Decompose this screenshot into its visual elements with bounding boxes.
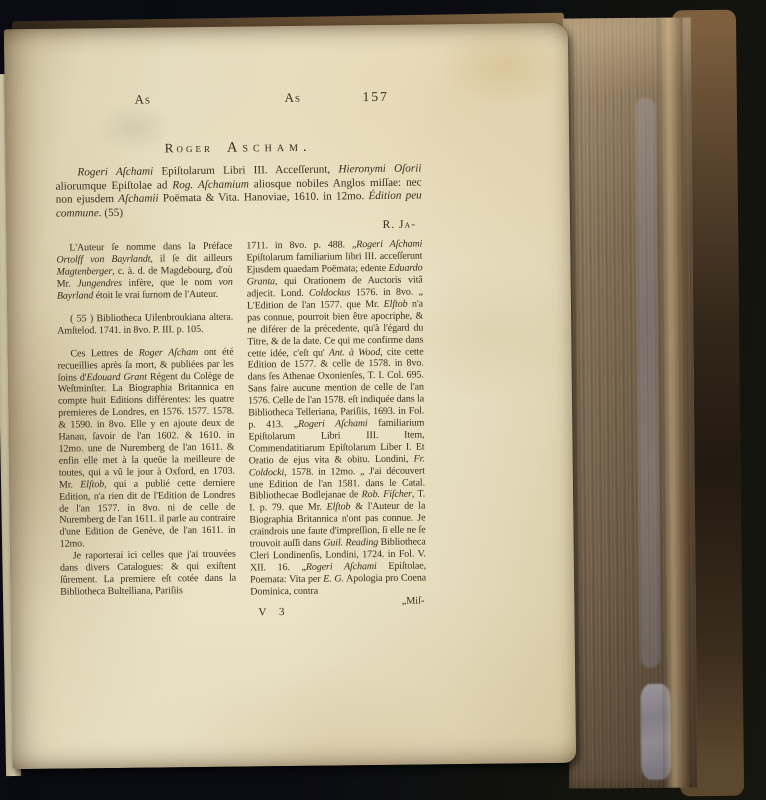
two-column-text: L'Auteur ſe nomme dans la Préface Ortolf… (56, 239, 426, 600)
text-block: As As 157 RogerAscham. Rogeri Aſchami Ep… (55, 88, 427, 626)
text-run-italic: E. G. (323, 573, 344, 584)
catchword: „Miſ- (402, 595, 425, 606)
text-run: Régent du Colège de Weſtminſter. La Biog… (58, 370, 235, 490)
text-run: étoit le vrai ſurnom de l'Auteur. (93, 289, 218, 301)
text-run-italic: Rogeri Aſchami (306, 561, 377, 573)
text-run-italic: Ant. à Wood (329, 347, 381, 359)
paragraph: ( 55 ) Bibliotheca Uilenbroukiana altera… (57, 312, 233, 338)
intro-citation: Rogeri Aſchami Epiſtolarum Libri III. Ac… (55, 162, 422, 221)
text-run-italic: Rob. Fiſcher (362, 489, 412, 501)
text-run: infère, que le nom (122, 277, 219, 289)
text-run-italic: Guil. Reading (323, 537, 378, 549)
text-run: aliorumque Epiſtolae ad (56, 179, 173, 192)
text-run-italic: Rogeri Aſchami (77, 166, 153, 179)
book-photo: As As 157 RogerAscham. Rogeri Aſchami Ep… (0, 0, 766, 800)
column-left: L'Auteur ſe nomme dans la Préface Ortolf… (56, 241, 236, 600)
text-run-italic: Roger Aſcham (139, 347, 199, 359)
paragraph: L'Auteur ſe nomme dans la Préface Ortolf… (56, 241, 233, 303)
article-title: RogerAscham. (55, 120, 421, 161)
text-run: Je raporterai ici celles que j'ai trouvé… (60, 549, 236, 598)
text-run: Ces Lettres de (70, 347, 138, 359)
paragraph: Ces Lettres de Roger Aſcham ont été recu… (57, 346, 235, 550)
text-run-italic: Jungendres (77, 278, 122, 290)
page-footer: V 3 „Miſ- (60, 596, 426, 626)
text-run: , il ſe dit ailleurs (150, 253, 232, 265)
text-run: Epiſtolarum Libri III. Acceſſerunt, (153, 163, 338, 177)
book-page: As As 157 RogerAscham. Rogeri Aſchami Ep… (4, 23, 576, 769)
text-run-italic: Elſtob (80, 479, 104, 490)
text-run-italic: Magtenberger (57, 266, 113, 278)
text-run-italic: Edouard Grant (86, 371, 147, 383)
signature-mark: V 3 (258, 606, 289, 618)
text-run-italic: Coldockus (309, 287, 350, 298)
page-number: 157 (363, 89, 389, 105)
paragraph: 1711. in 8vo. p. 488. „Rogeri Aſchami Ep… (246, 239, 426, 598)
text-run: ( 55 ) Bibliotheca Uilenbroukiana altera… (57, 312, 233, 337)
signature-initials: R. Ja- (56, 219, 416, 235)
title-surname: Ascham. (227, 139, 312, 156)
text-run-italic: Hieronymi Oſorii (338, 162, 421, 175)
paragraph: Je raporterai ici celles que j'ai trouvé… (60, 549, 237, 599)
book-fore-edge (563, 17, 698, 788)
text-run: Poëmata & Vita. Hanoviae, 1610. in 12mo. (159, 190, 369, 204)
text-run-italic: Elſtob (384, 299, 408, 310)
fore-edge-marble-streak (635, 98, 660, 668)
column-right: 1711. in 8vo. p. 488. „Rogeri Aſchami Ep… (246, 239, 426, 598)
text-run-italic: Rogeri Aſchami (298, 418, 368, 430)
text-run: L'Auteur ſe nomme dans la Préface (69, 241, 232, 254)
text-run: 1711. in 8vo. p. 488. „ (246, 240, 356, 252)
title-forename: Roger (165, 140, 213, 156)
header-catchword-right: As (285, 90, 302, 106)
running-header: As As 157 (55, 88, 421, 112)
text-run-italic: Rogeri Aſchami (356, 239, 422, 251)
text-run-italic: Elſtob (327, 502, 351, 513)
text-run: (55) (102, 207, 124, 219)
text-run-italic: Ortolff von Bayrlandt (56, 254, 150, 266)
header-catchword-left: As (135, 92, 152, 108)
text-run-italic: Aſchamii (118, 193, 159, 205)
text-run-italic: Rog. Aſchamium (172, 178, 249, 191)
fore-edge-marble-patch (640, 684, 671, 780)
